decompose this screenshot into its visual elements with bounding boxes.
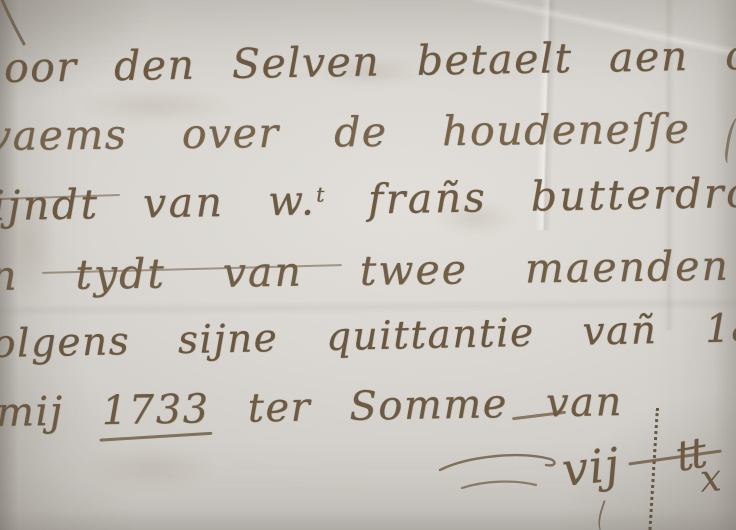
bleedthrough-smudge <box>60 438 240 500</box>
dotted-column-rule <box>648 408 659 530</box>
roman-numeral-amount: vij <box>559 437 622 497</box>
handwriting-line-2: vaems over de houdeneſſe van <box>0 103 736 160</box>
handwriting-line-5: olgens sijne quittantie vañ 18.u <box>0 305 736 367</box>
corner-pen-stroke <box>0 0 32 48</box>
line-6-text: mij <box>0 388 102 436</box>
handwriting-line-3: ijndt van w.t frañs butterdrooge <box>0 167 736 230</box>
year-1733: 1733 <box>101 386 210 434</box>
x-mark: x <box>698 455 722 500</box>
ink-flourish <box>436 446 571 508</box>
line-3-text: ijndt van w. <box>0 176 317 230</box>
handwriting-line-1: oor den Selven betaelt aen charle <box>4 29 736 92</box>
line-3-text: frañs butterdrooge <box>324 167 736 224</box>
cutoff-descender-stroke <box>593 500 621 530</box>
handwriting-line-6: mij 1733 ter Somme van <box>0 379 623 436</box>
line-6-text: ter Somme van <box>209 379 623 432</box>
manuscript-photo: oor den Selven betaelt aen charle vaems … <box>0 0 736 530</box>
handwriting-line-4: n tydt van twee maenden bedra <box>0 239 736 300</box>
line-5-text: olgens sijne quittantie vañ 18. <box>0 306 736 367</box>
